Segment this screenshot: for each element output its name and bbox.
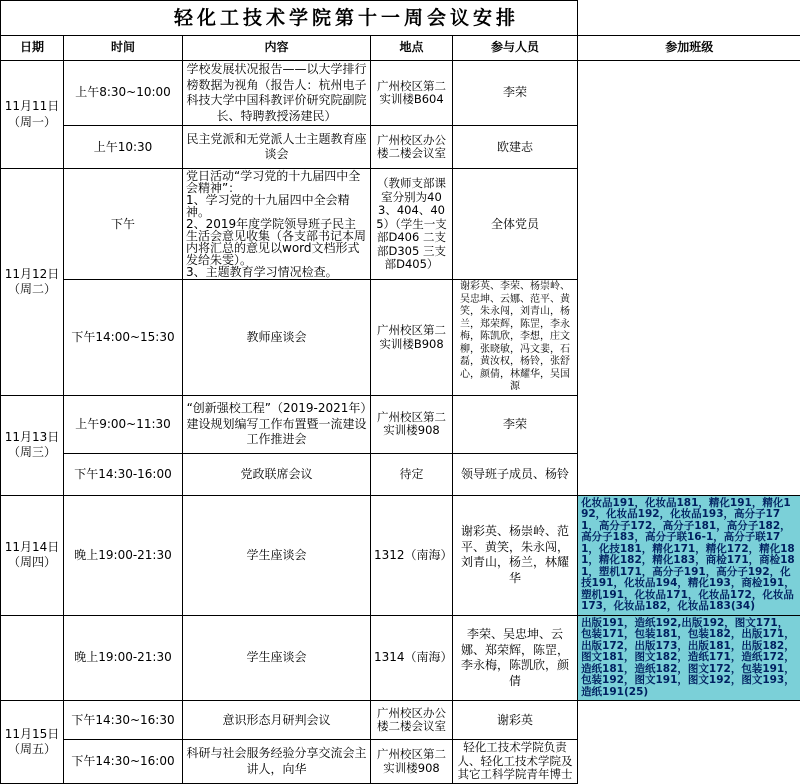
- col-header-time: 时间: [64, 36, 183, 61]
- participants-cell: 轻化工技术学院负责人、轻化工技术学院及其它工科学院青年博士: [453, 740, 578, 784]
- time-cell: 上午9:00~11:30: [64, 395, 183, 453]
- time-cell: 下午14:30~16:00: [64, 740, 183, 784]
- time-cell: 晚上19:00-21:30: [64, 495, 183, 615]
- date-cell-nov14: 11月14日 （周四）: [1, 495, 64, 615]
- location-cell: （教师支部课室分别为403、404、405）（学生一支部D406 二支部D305…: [371, 169, 453, 280]
- location-cell: 广州校区第二实训楼908: [371, 395, 453, 453]
- content-cell: 学校发展状况报告——以大学排行榜数据为视角（报告人：杭州电子科技大学中国科教评价…: [183, 61, 371, 126]
- location-cell: 广州校区办公楼二楼会议室: [371, 701, 453, 740]
- location-cell: 1312（南海）: [371, 495, 453, 615]
- date-cell-nov12: 11月12日 （周二）: [1, 169, 64, 396]
- page-title: 轻化工技术学院第十一周会议安排: [1, 1, 578, 36]
- content-cell: 学生座谈会: [183, 495, 371, 615]
- participants-cell: 谢彩英: [453, 701, 578, 740]
- participants-cell: 谢彩英、李荣、杨崇岭、吴忠坤、云娜、范平、黄笑，朱永闯，刘青山，杨兰，郑荣辉，陈…: [453, 280, 578, 396]
- classes-highlight-cell: 出版191，造纸192,出版192，图文171，包装171，包装181，包装18…: [578, 615, 800, 701]
- col-header-date: 日期: [1, 36, 64, 61]
- participants-cell: 李荣: [453, 395, 578, 453]
- participants-cell: 李荣、吴忠坤、云娜、郑荣辉，陈罡，李永梅，陈凯欣，颜倩: [453, 615, 578, 701]
- col-header-classes: 参加班级: [578, 36, 800, 61]
- time-cell: 上午10:30: [64, 126, 183, 169]
- content-cell: 教师座谈会: [183, 280, 371, 396]
- time-cell: 下午14:00~15:30: [64, 280, 183, 396]
- content-cell: 科研与社会服务经验分享交流会主讲人，向华: [183, 740, 371, 784]
- participants-cell: 领导班子成员、杨铃: [453, 453, 578, 495]
- participants-cell: 李荣: [453, 61, 578, 126]
- content-cell: 党日活动“学习党的十九届四中全会精神”： 1、学习党的十九届四中全会精神。 2、…: [183, 169, 371, 280]
- date-cell-nov11: 11月11日 （周一）: [1, 61, 64, 169]
- time-cell: 晚上19:00-21:30: [64, 615, 183, 701]
- content-cell: 意识形态月研判会议: [183, 701, 371, 740]
- date-empty-cell: [1, 615, 64, 701]
- location-cell: 广州校区第二实训楼B908: [371, 280, 453, 396]
- participants-cell: 谢彩英、杨崇岭、范平、黄笑，朱永闯，刘青山，杨兰，林耀华: [453, 495, 578, 615]
- content-cell: “创新强校工程”（2019-2021年）建设规划编写工作布置暨一流建设工作推进会: [183, 395, 371, 453]
- date-cell-nov13: 11月13日 （周三）: [1, 395, 64, 495]
- col-header-content: 内容: [183, 36, 371, 61]
- col-header-participants: 参与人员: [453, 36, 578, 61]
- content-cell: 党政联席会议: [183, 453, 371, 495]
- classes-empty-cell: [578, 701, 800, 784]
- content-cell: 学生座谈会: [183, 615, 371, 701]
- participants-cell: 全体党员: [453, 169, 578, 280]
- time-cell: 下午: [64, 169, 183, 280]
- content-cell: 民主党派和无党派人士主题教育座谈会: [183, 126, 371, 169]
- location-cell: 待定: [371, 453, 453, 495]
- location-cell: 广州校区第二实训楼B604: [371, 61, 453, 126]
- classes-empty-cell: [578, 61, 800, 496]
- location-cell: 1314（南海）: [371, 615, 453, 701]
- date-cell-nov15: 11月15日 （周五）: [1, 701, 64, 784]
- location-cell: 广州校区第二实训楼908: [371, 740, 453, 784]
- time-cell: 下午14:30-16:00: [64, 453, 183, 495]
- title-row-spacer: [578, 1, 800, 36]
- location-cell: 广州校区办公楼二楼会议室: [371, 126, 453, 169]
- participants-cell: 欧建志: [453, 126, 578, 169]
- classes-highlight-cell: 化妆品191，化妆品181，精化191，精化192，化妆品192，化妆品193，…: [578, 495, 800, 615]
- meeting-schedule-table: 轻化工技术学院第十一周会议安排 日期 时间 内容 地点 参与人员 参加班级 11…: [0, 0, 800, 784]
- time-cell: 上午8:30~10:00: [64, 61, 183, 126]
- time-cell: 下午14:30~16:30: [64, 701, 183, 740]
- col-header-location: 地点: [371, 36, 453, 61]
